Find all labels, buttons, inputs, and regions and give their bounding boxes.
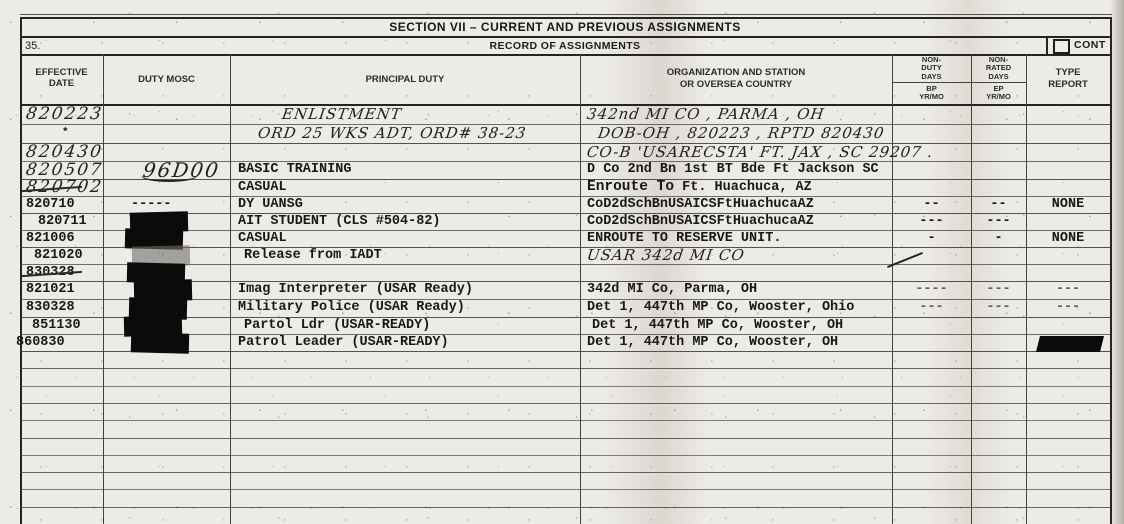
cell-principal-duty: Release from IADT xyxy=(244,247,382,264)
row-rule xyxy=(20,489,1110,490)
cell-effective-date: 820711 xyxy=(38,213,87,230)
cell-nonrated-days: --- xyxy=(971,281,1026,299)
redaction-block xyxy=(131,332,189,353)
cell-nonrated-days: --- xyxy=(971,299,1026,317)
cell-organization: DOB-OH , 820223 , RPTD 820430 xyxy=(597,124,886,143)
cell-organization: USAR 342d MI CO xyxy=(586,247,746,264)
cell-effective-date: * xyxy=(62,124,69,143)
cell-organization: CO-B 'USARECSTA' FT. JAX , SC 29207 . xyxy=(586,143,935,161)
outer-top-rule xyxy=(20,14,1112,15)
row-rule xyxy=(20,403,1110,404)
cell-principal-duty: AIT STUDENT (CLS #504-82) xyxy=(238,213,441,230)
col-header-effective-date: EFFECTIVE DATE xyxy=(20,54,103,104)
cell-organization: Det 1, 447th MP Co, Wooster, Ohio xyxy=(587,299,854,317)
cell-organization: ENROUTE TO RESERVE UNIT. xyxy=(587,230,781,247)
row-rule xyxy=(20,124,1110,125)
cell-nonduty-days: -- xyxy=(892,196,971,213)
cell-organization: Enroute To Ft. Huachuca, AZ xyxy=(587,179,812,196)
pen-underline xyxy=(141,170,197,182)
col-header-type-report: TYPE REPORT xyxy=(1026,54,1110,104)
cell-nonrated-days: - xyxy=(971,230,1026,247)
cell-principal-duty: Imag Interpreter (USAR Ready) xyxy=(238,281,473,299)
cell-effective-date: 821021 xyxy=(26,281,75,299)
cell-principal-duty: ORD 25 WKS ADT, ORD# 38-23 xyxy=(257,124,528,143)
cell-organization: Det 1, 447th MP Co, Wooster, OH xyxy=(592,317,843,334)
cell-type-report: --- xyxy=(1026,281,1110,299)
cell-effective-date: 821006 xyxy=(26,230,75,247)
cell-principal-duty: BASIC TRAINING xyxy=(238,161,351,179)
cell-nonrated-days: --- xyxy=(971,213,1026,230)
cell-type-report: --- xyxy=(1026,299,1110,317)
cell-organization: 342d MI Co, Parma, OH xyxy=(587,281,757,299)
cell-organization: 342nd MI CO , PARMA , OH xyxy=(586,105,826,124)
col-header-organization: ORGANIZATION AND STATION OR OVERSEA COUN… xyxy=(580,54,892,104)
cell-effective-date: 851130 xyxy=(32,317,81,334)
col-header-non-duty-days: NON- DUTY DAYS xyxy=(892,55,971,82)
cell-effective-date: 821020 xyxy=(34,247,83,264)
row-rule xyxy=(20,507,1110,508)
row-rule xyxy=(20,143,1110,144)
row-rule xyxy=(20,368,1110,369)
scan-edge-shadow xyxy=(1110,0,1124,524)
title-bar-rule xyxy=(20,36,1110,38)
cell-principal-duty: Patrol Leader (USAR-READY) xyxy=(238,334,449,351)
cell-principal-duty: CASUAL xyxy=(238,230,287,247)
cell-organization: D Co 2nd Bn 1st BT Bde Ft Jackson SC xyxy=(587,161,879,179)
cell-type-report: NONE xyxy=(1026,230,1110,247)
col-header-non-rated-days: NON- RATED DAYS xyxy=(971,55,1026,82)
cell-effective-date: 820223 xyxy=(25,105,105,124)
cell-principal-duty: CASUAL xyxy=(238,179,287,196)
header-bottom-rule xyxy=(20,104,1110,106)
col-header-ep-yrmo: EP YR/MO xyxy=(971,82,1026,104)
cont-checkbox xyxy=(1053,39,1070,54)
cell-nonduty-days: --- xyxy=(892,299,971,317)
cell-principal-duty: Military Police (USAR Ready) xyxy=(238,299,465,317)
cell-organization: Det 1, 447th MP Co, Wooster, OH xyxy=(587,334,838,351)
org-bold-prefix: Enroute To xyxy=(587,179,674,195)
cell-nonduty-days: - xyxy=(892,230,971,247)
cell-effective-date: 830328 xyxy=(26,299,75,317)
cell-type-report: NONE xyxy=(1026,196,1110,213)
cell-effective-date: 820430 xyxy=(25,143,104,161)
cell-duty-mosc: ----- xyxy=(131,196,172,213)
cont-section: CONT xyxy=(1046,38,1112,54)
scanned-assignment-form: SECTION VII – CURRENT AND PREVIOUS ASSIG… xyxy=(0,0,1124,524)
row-rule xyxy=(20,386,1110,387)
cell-organization: CoD2dSchBnUSAICSFtHuachucaAZ xyxy=(587,196,814,213)
row-rule xyxy=(20,420,1110,421)
row-rule xyxy=(20,472,1110,473)
section-title: SECTION VII – CURRENT AND PREVIOUS ASSIG… xyxy=(20,19,1110,36)
cell-nonduty-days: --- xyxy=(892,213,971,230)
cell-effective-date: 820710 xyxy=(26,196,75,213)
cell-principal-duty: ENLISTMENT xyxy=(281,105,403,124)
cell-organization: CoD2dSchBnUSAICSFtHuachucaAZ xyxy=(587,213,814,230)
redaction-block xyxy=(1036,336,1104,352)
cell-principal-duty: Partol Ldr (USAR-READY) xyxy=(244,317,430,334)
cell-effective-date: 860830 xyxy=(16,334,65,351)
col-header-bp-yrmo: BP YR/MO xyxy=(892,82,971,104)
row-rule xyxy=(20,455,1110,456)
record-title: RECORD OF ASSIGNMENTS xyxy=(20,39,1110,54)
row-rule xyxy=(20,438,1110,439)
org-rest: Ft. Huachuca, AZ xyxy=(674,180,812,195)
cell-nonrated-days: -- xyxy=(971,196,1026,213)
col-header-principal-duty: PRINCIPAL DUTY xyxy=(230,54,580,104)
col-header-duty-mosc: DUTY MOSC xyxy=(103,54,230,104)
cell-principal-duty: DY UANSG xyxy=(238,196,303,213)
cont-label: CONT xyxy=(1074,39,1106,51)
cell-nonduty-days: ---- xyxy=(892,281,971,299)
